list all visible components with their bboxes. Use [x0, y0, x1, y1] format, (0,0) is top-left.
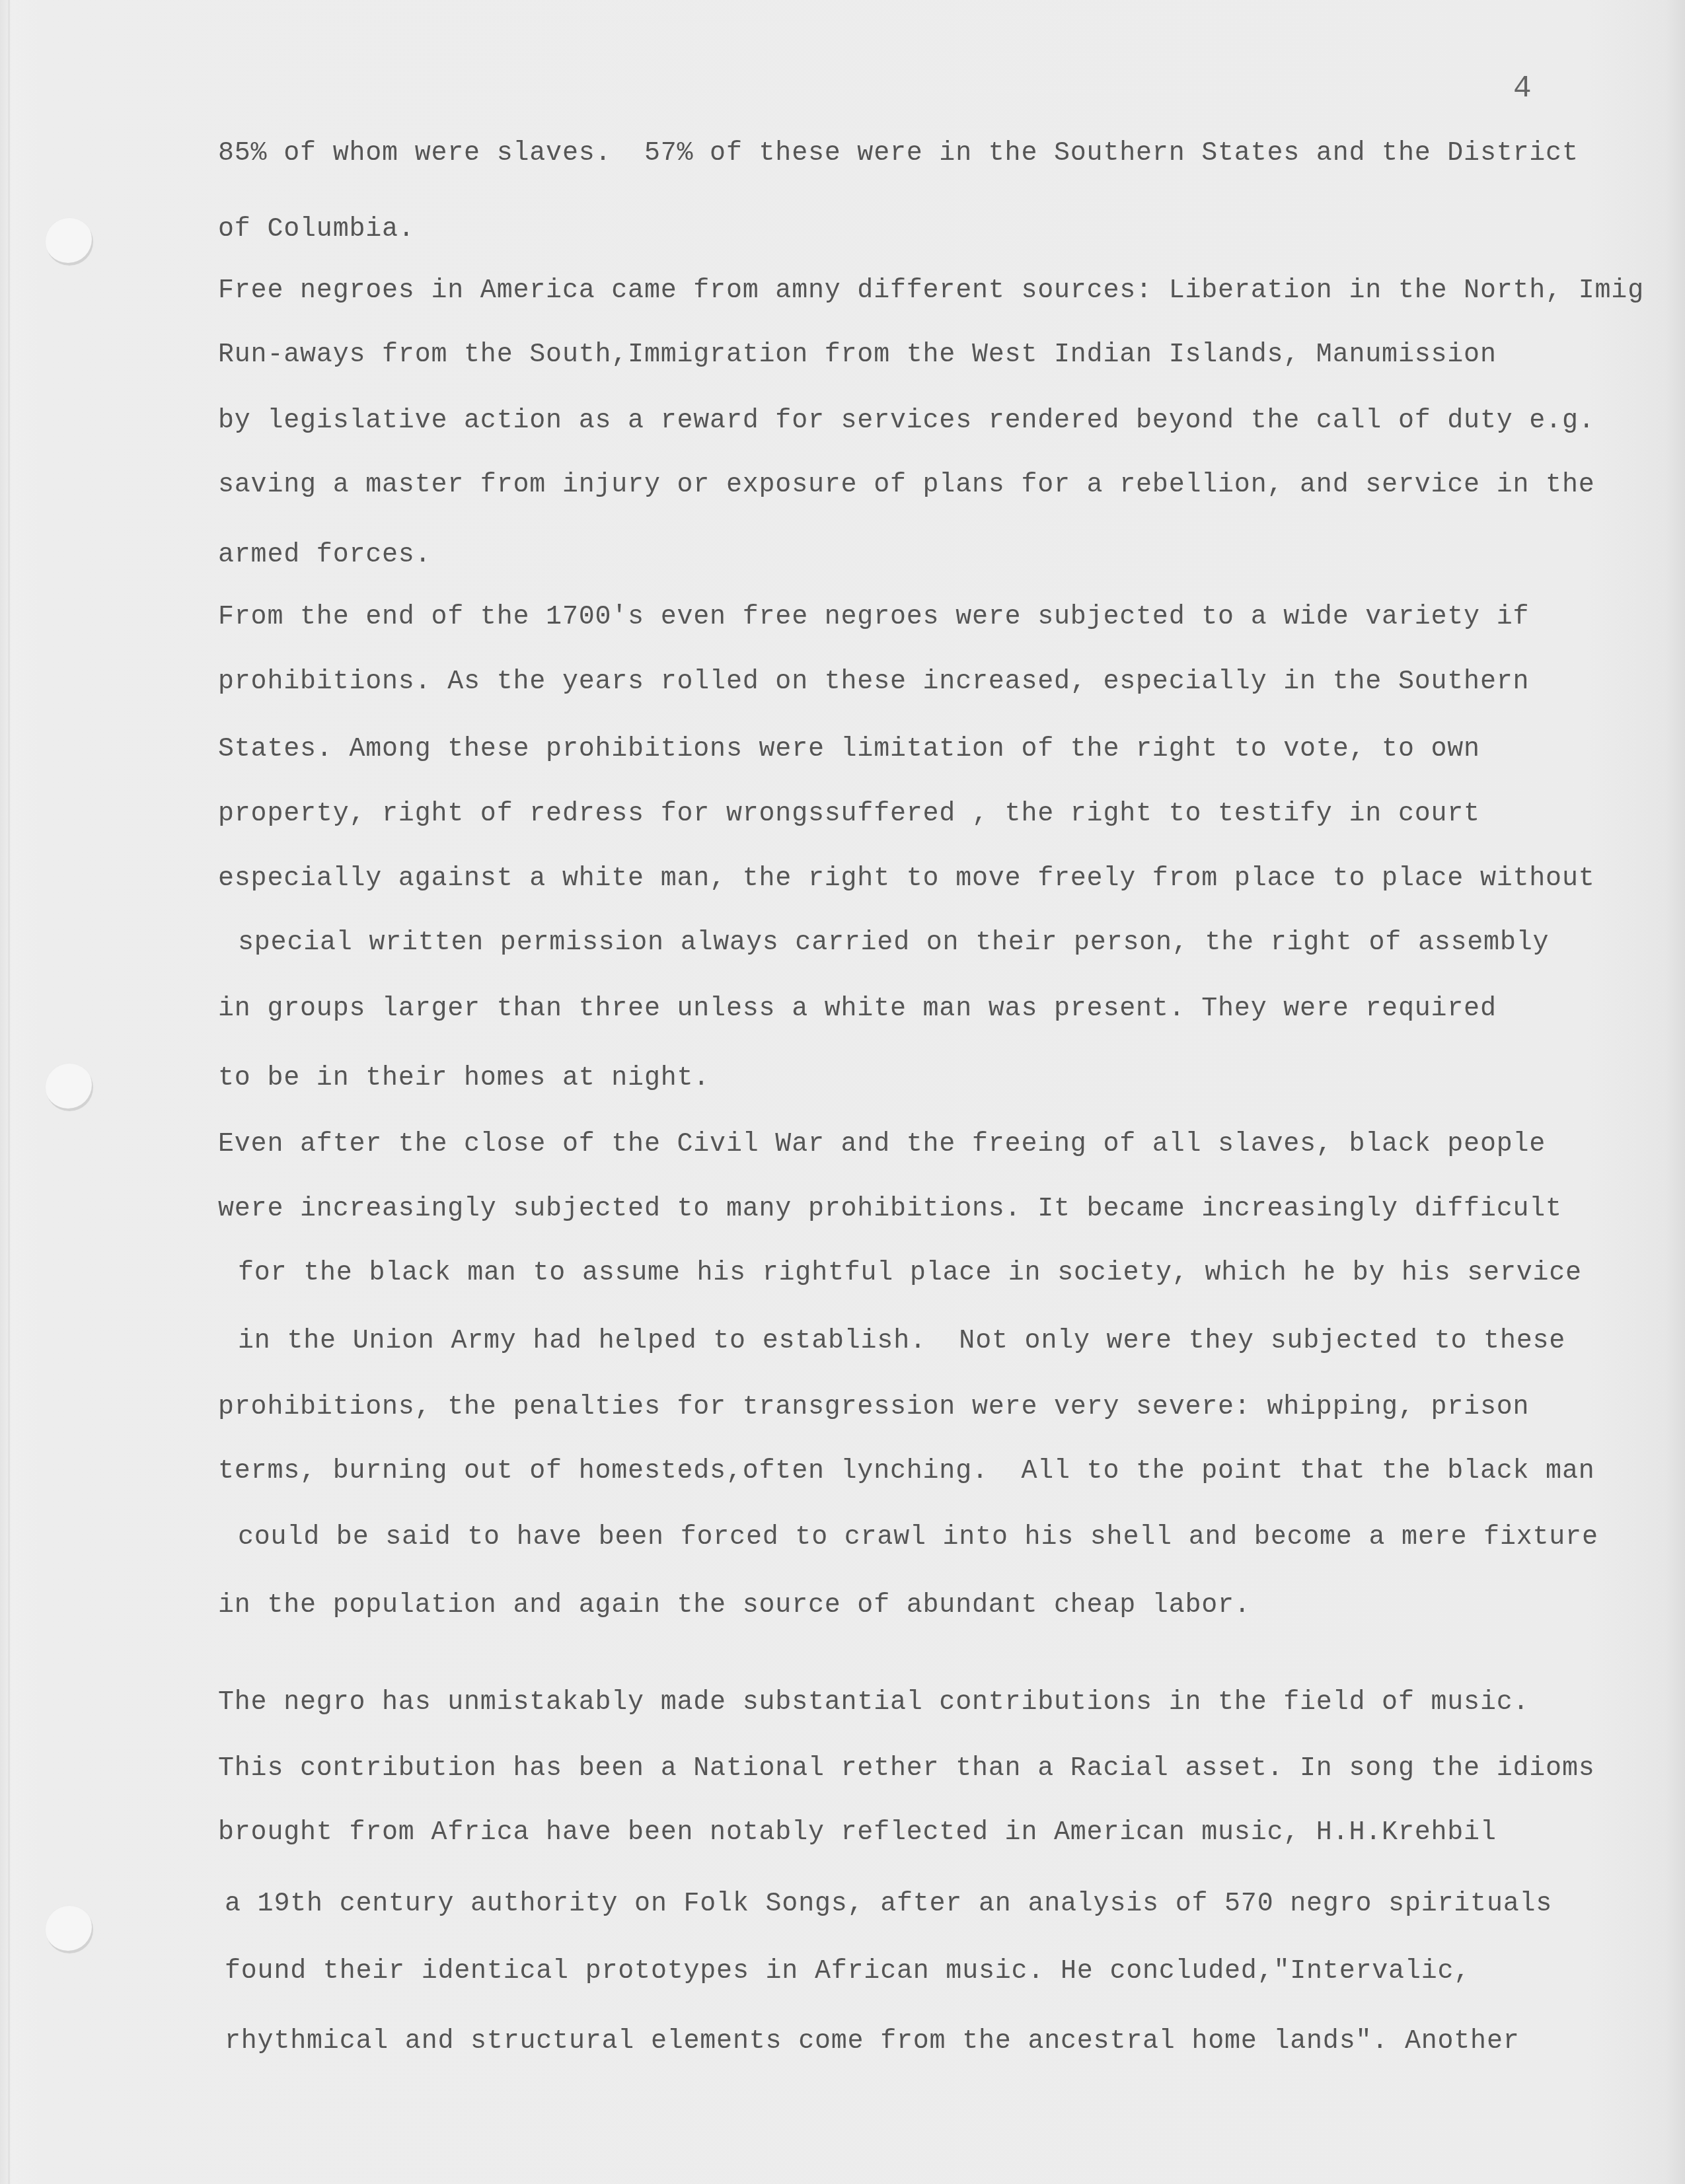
binder-hole	[46, 1064, 93, 1111]
text-line: brought from Africa have been notably re…	[218, 1818, 1497, 1848]
text-line: found their identical prototypes in Afri…	[225, 1957, 1470, 1986]
text-line: were increasingly subjected to many proh…	[218, 1194, 1562, 1224]
text-line: The negro has unmistakably made substant…	[218, 1688, 1529, 1718]
text-line: saving a master from injury or exposure …	[218, 470, 1595, 500]
text-line: rhythmical and structural elements come …	[225, 2027, 1520, 2057]
text-line: Run-aways from the South,Immigration fro…	[218, 340, 1497, 370]
text-line: could be said to have been forced to cra…	[238, 1523, 1598, 1552]
page-number: 4	[1513, 71, 1532, 106]
text-line: States. Among these prohibitions were li…	[218, 735, 1480, 764]
text-line: prohibitions. As the years rolled on the…	[218, 667, 1529, 697]
text-line: terms, burning out of homesteds,often ly…	[218, 1457, 1595, 1486]
text-line: special written permission always carrie…	[238, 928, 1549, 958]
text-line: by legislative action as a reward for se…	[218, 406, 1595, 436]
document-page: 4 85% of whom were slaves. 57% of these …	[0, 0, 1685, 2184]
text-line: in the population and again the source o…	[218, 1591, 1251, 1620]
text-line: to be in their homes at night.	[218, 1064, 710, 1093]
binder-hole	[46, 218, 93, 266]
text-line: of Columbia.	[218, 215, 415, 244]
text-line: for the black man to assume his rightful…	[238, 1258, 1582, 1288]
text-line: especially against a white man, the righ…	[218, 864, 1595, 894]
binder-hole	[46, 1906, 93, 1953]
text-line: 85% of whom were slaves. 57% of these we…	[218, 139, 1579, 168]
text-line: This contribution has been a National re…	[218, 1754, 1595, 1784]
text-line: property, right of redress for wrongssuf…	[218, 799, 1480, 829]
text-line: armed forces.	[218, 540, 431, 570]
text-line: Even after the close of the Civil War an…	[218, 1130, 1546, 1159]
text-line: in the Union Army had helped to establis…	[238, 1327, 1565, 1356]
text-line: in groups larger than three unless a whi…	[218, 994, 1497, 1024]
text-line: From the end of the 1700's even free neg…	[218, 602, 1529, 632]
text-line: prohibitions, the penalties for transgre…	[218, 1393, 1529, 1422]
page-edge	[8, 0, 10, 2184]
text-line: a 19th century authority on Folk Songs, …	[225, 1889, 1552, 1919]
text-line: Free negroes in America came from amny d…	[218, 276, 1644, 306]
